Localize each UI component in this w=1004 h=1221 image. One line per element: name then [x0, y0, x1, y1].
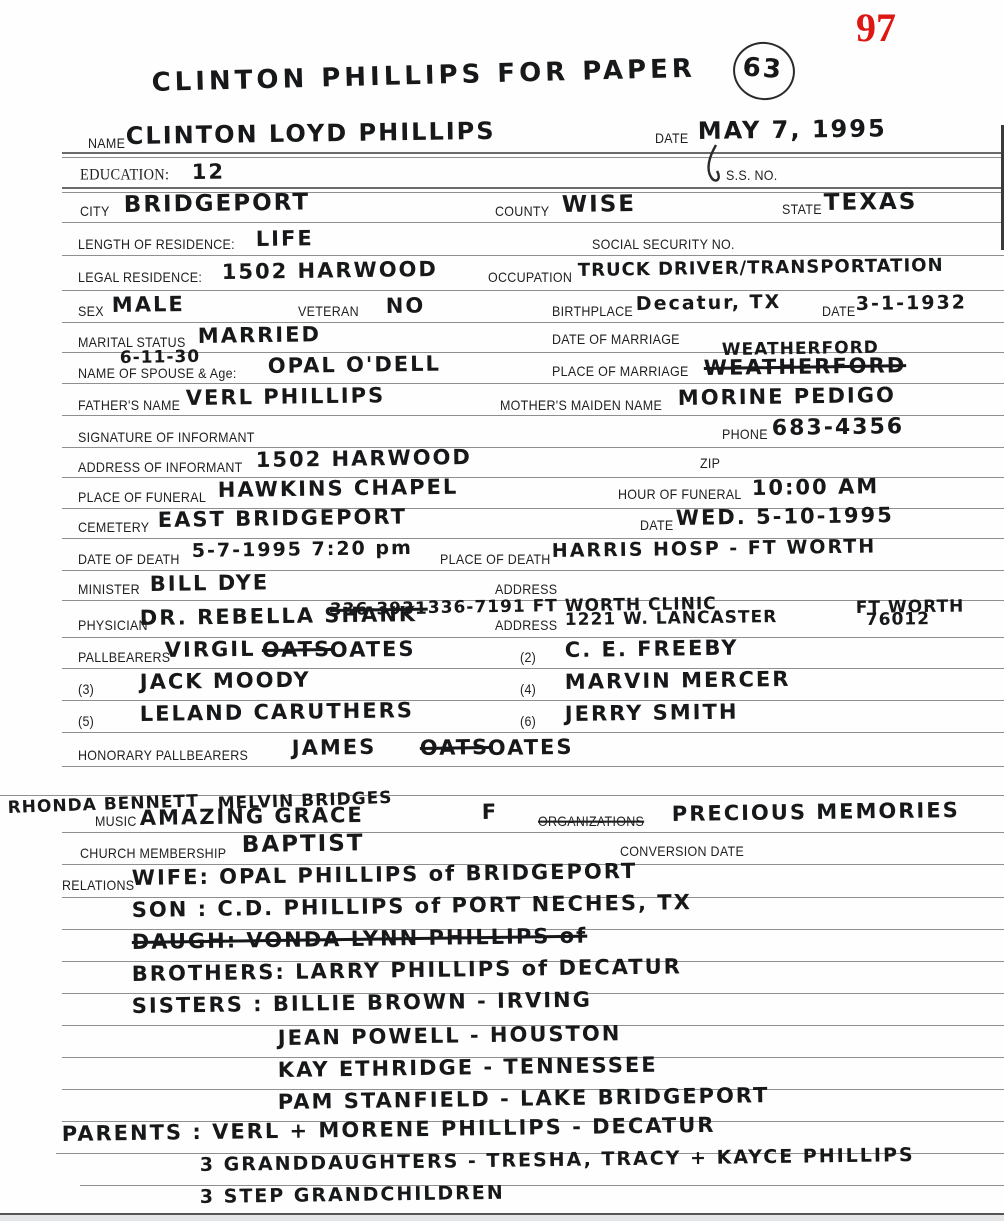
relation-sisters: SISTERS : BILLIE BROWN - IRVING: [132, 988, 592, 1018]
church-membership-value: BAPTIST: [242, 830, 365, 858]
occupation-value: TRUCK DRIVER/TRANSPORTATION: [578, 255, 944, 281]
pallbearer1-pre: VIRGIL: [165, 637, 256, 662]
pallbearer6-label: (6): [520, 713, 536, 729]
relation-son: SON : C.D. PHILLIPS of PORT NECHES, TX: [132, 890, 692, 922]
date-of-death-label: DATE OF DEATH: [78, 551, 180, 567]
sex-value: MALE: [112, 292, 185, 317]
veteran-value: NO: [386, 293, 426, 318]
date-value: MAY 7, 1995: [698, 114, 887, 145]
scanned-form-page: 97 63 CLINTON PHILLIPS FOR PAPER NAME CL…: [0, 0, 1004, 1221]
church-membership-label: CHURCH MEMBERSHIP: [80, 845, 226, 861]
occupation-label: OCCUPATION: [488, 269, 572, 285]
pallbearer6-value: JERRY SMITH: [565, 700, 739, 726]
ssno-label: S.S. NO.: [726, 167, 778, 183]
relation-parents: PARENTS : VERL + MORENE PHILLIPS - DECAT…: [62, 1113, 716, 1146]
pallbearer4-value: MARVIN MERCER: [565, 667, 791, 694]
relation-sister2: JEAN POWELL - HOUSTON: [278, 1021, 622, 1050]
place-of-death-value: HARRIS HOSP - FT WORTH: [552, 535, 877, 562]
father-label: FATHER'S NAME: [78, 397, 180, 413]
place-of-funeral-label: PLACE OF FUNERAL: [78, 489, 206, 505]
education-label: EDUCATION:: [80, 167, 169, 185]
pallbearer5-label: (5): [78, 713, 94, 729]
relation-stepgrandchildren: 3 STEP GRANDCHILDREN: [200, 1182, 505, 1208]
date-of-death-value: 5-7-1995 7:20 pm: [192, 537, 413, 562]
name-label: NAME: [88, 135, 125, 151]
date-of-marriage-label: DATE OF MARRIAGE: [552, 331, 680, 347]
signature-of-informant-label: SIGNATURE OF INFORMANT: [78, 429, 255, 445]
date-label: DATE: [655, 130, 689, 146]
legal-residence-label: LEGAL RESIDENCE:: [78, 269, 202, 285]
relation-sister3: KAY ETHRIDGE - TENNESSEE: [278, 1053, 658, 1082]
minister-value: BILL DYE: [150, 570, 270, 596]
county-label: COUNTY: [495, 203, 549, 219]
honorary-pallbearers-label: HONORARY PALLBEARERS: [78, 747, 248, 763]
father-value: VERL PHILLIPS: [186, 383, 386, 410]
place-of-funeral-value: HAWKINS CHAPEL: [218, 475, 459, 502]
state-label: STATE: [782, 201, 822, 217]
organizations-label: ORGANIZATIONS: [538, 813, 644, 829]
place-of-marriage-label: PLACE OF MARRIAGE: [552, 363, 689, 379]
physician-value: DR. REBELLA SHANK: [140, 602, 418, 630]
red-page-number: 97: [856, 4, 896, 51]
physician-address-label: ADDRESS: [495, 617, 557, 633]
minister-label: MINISTER: [78, 581, 140, 597]
honorary-post: OATES: [488, 735, 574, 760]
hour-of-funeral-value: 10:00 AM: [752, 474, 880, 500]
spouse-value: OPAL O'DELL: [268, 352, 441, 378]
circled-number: 63: [728, 37, 799, 105]
veteran-label: VETERAN: [298, 303, 359, 319]
relations-label: RELATIONS: [62, 877, 134, 893]
relation-granddaughters: 3 GRANDDAUGHTERS - TRESHA, TRACY + KAYCE…: [200, 1144, 915, 1176]
county-value: WISE: [562, 191, 637, 218]
pallbearer3-label: (3): [78, 681, 94, 697]
pallbearer3-value: JACK MOODY: [140, 668, 311, 694]
place-of-death-label: PLACE OF DEATH: [440, 551, 551, 567]
social-security-label: SOCIAL SECURITY NO.: [592, 236, 735, 252]
pallbearer1-struck: OATS: [262, 637, 332, 662]
relation-sister4: PAM STANFIELD - LAKE BRIDGEPORT: [278, 1083, 770, 1114]
address-of-informant-label: ADDRESS OF INFORMANT: [78, 459, 243, 475]
pallbearer1-post: OATES: [330, 637, 416, 662]
conversion-date-label: CONVERSION DATE: [620, 843, 744, 859]
physician-address-value: 1221 W. LANCASTER: [565, 607, 778, 630]
minister-address-label: ADDRESS: [495, 581, 557, 597]
city-value: BRIDGEPORT: [124, 189, 311, 218]
page-title: CLINTON PHILLIPS FOR PAPER: [151, 54, 696, 98]
scan-edge-bottom-band: [0, 1215, 1004, 1221]
birthdate-value: 3-1-1932: [856, 291, 967, 315]
music-label: MUSIC: [95, 813, 137, 829]
birthplace-label: BIRTHPLACE: [552, 303, 633, 319]
pallbearer2-label: (2): [520, 649, 536, 665]
music-value: AMAZING GRACE: [140, 803, 364, 830]
pallbearer4-label: (4): [520, 681, 536, 697]
length-of-residence-value: LIFE: [256, 226, 314, 251]
mother-label: MOTHER'S MAIDEN NAME: [500, 397, 662, 413]
relation-brothers: BROTHERS: LARRY PHILLIPS of DECATUR: [132, 954, 682, 986]
length-of-residence-label: LENGTH OF RESIDENCE:: [78, 236, 235, 252]
phone-label: PHONE: [722, 426, 768, 442]
pallbearers-label: PALLBEARERS: [78, 649, 170, 665]
zip-label: ZIP: [700, 455, 720, 471]
address-of-informant-value: 1502 HARWOOD: [256, 445, 472, 472]
pallbearer2-value: C. E. FREEBY: [565, 636, 739, 662]
birthplace-value: Decatur, TX: [636, 291, 782, 315]
honorary-struck: OATS: [420, 735, 490, 760]
physician-zip-note: 76012: [866, 609, 930, 630]
hour-of-funeral-label: HOUR OF FUNERAL: [618, 486, 742, 502]
mother-value: MORINE PEDIGO: [678, 383, 896, 410]
physician-label: PHYSICIAN: [78, 617, 148, 633]
cemetery-value: EAST BRIDGEPORT: [158, 505, 407, 532]
sex-label: SEX: [78, 303, 104, 319]
birthdate-label: DATE: [822, 303, 856, 319]
name-value: CLINTON LOYD PHILLIPS: [126, 117, 496, 150]
phone-value: 683-4356: [772, 414, 905, 441]
organizations-value: PRECIOUS MEMORIES: [672, 798, 960, 826]
education-value: 12: [192, 160, 226, 184]
legal-residence-value: 1502 HARWOOD: [222, 257, 438, 284]
spouse-label: NAME OF SPOUSE & Age:: [78, 365, 237, 381]
city-label: CITY: [80, 203, 110, 219]
funeral-date-value: WED. 5-10-1995: [676, 503, 894, 530]
honorary-pre: JAMES: [292, 735, 377, 760]
pen-stroke-icon: [700, 143, 726, 185]
funeral-date-label: DATE: [640, 517, 674, 533]
state-value: TEXAS: [824, 189, 918, 216]
cemetery-label: CEMETERY: [78, 519, 149, 535]
place-of-marriage-struck: WEATHERFORD: [704, 353, 907, 380]
music-connector: F: [482, 800, 499, 824]
relation-daughter-struck: DAUGH: VONDA LYNN PHILLIPS of: [132, 924, 588, 954]
marital-status-value: MARRIED: [198, 322, 321, 348]
pallbearer5-value: LELAND CARUTHERS: [140, 698, 414, 726]
circled-number-value: 63: [742, 52, 784, 85]
